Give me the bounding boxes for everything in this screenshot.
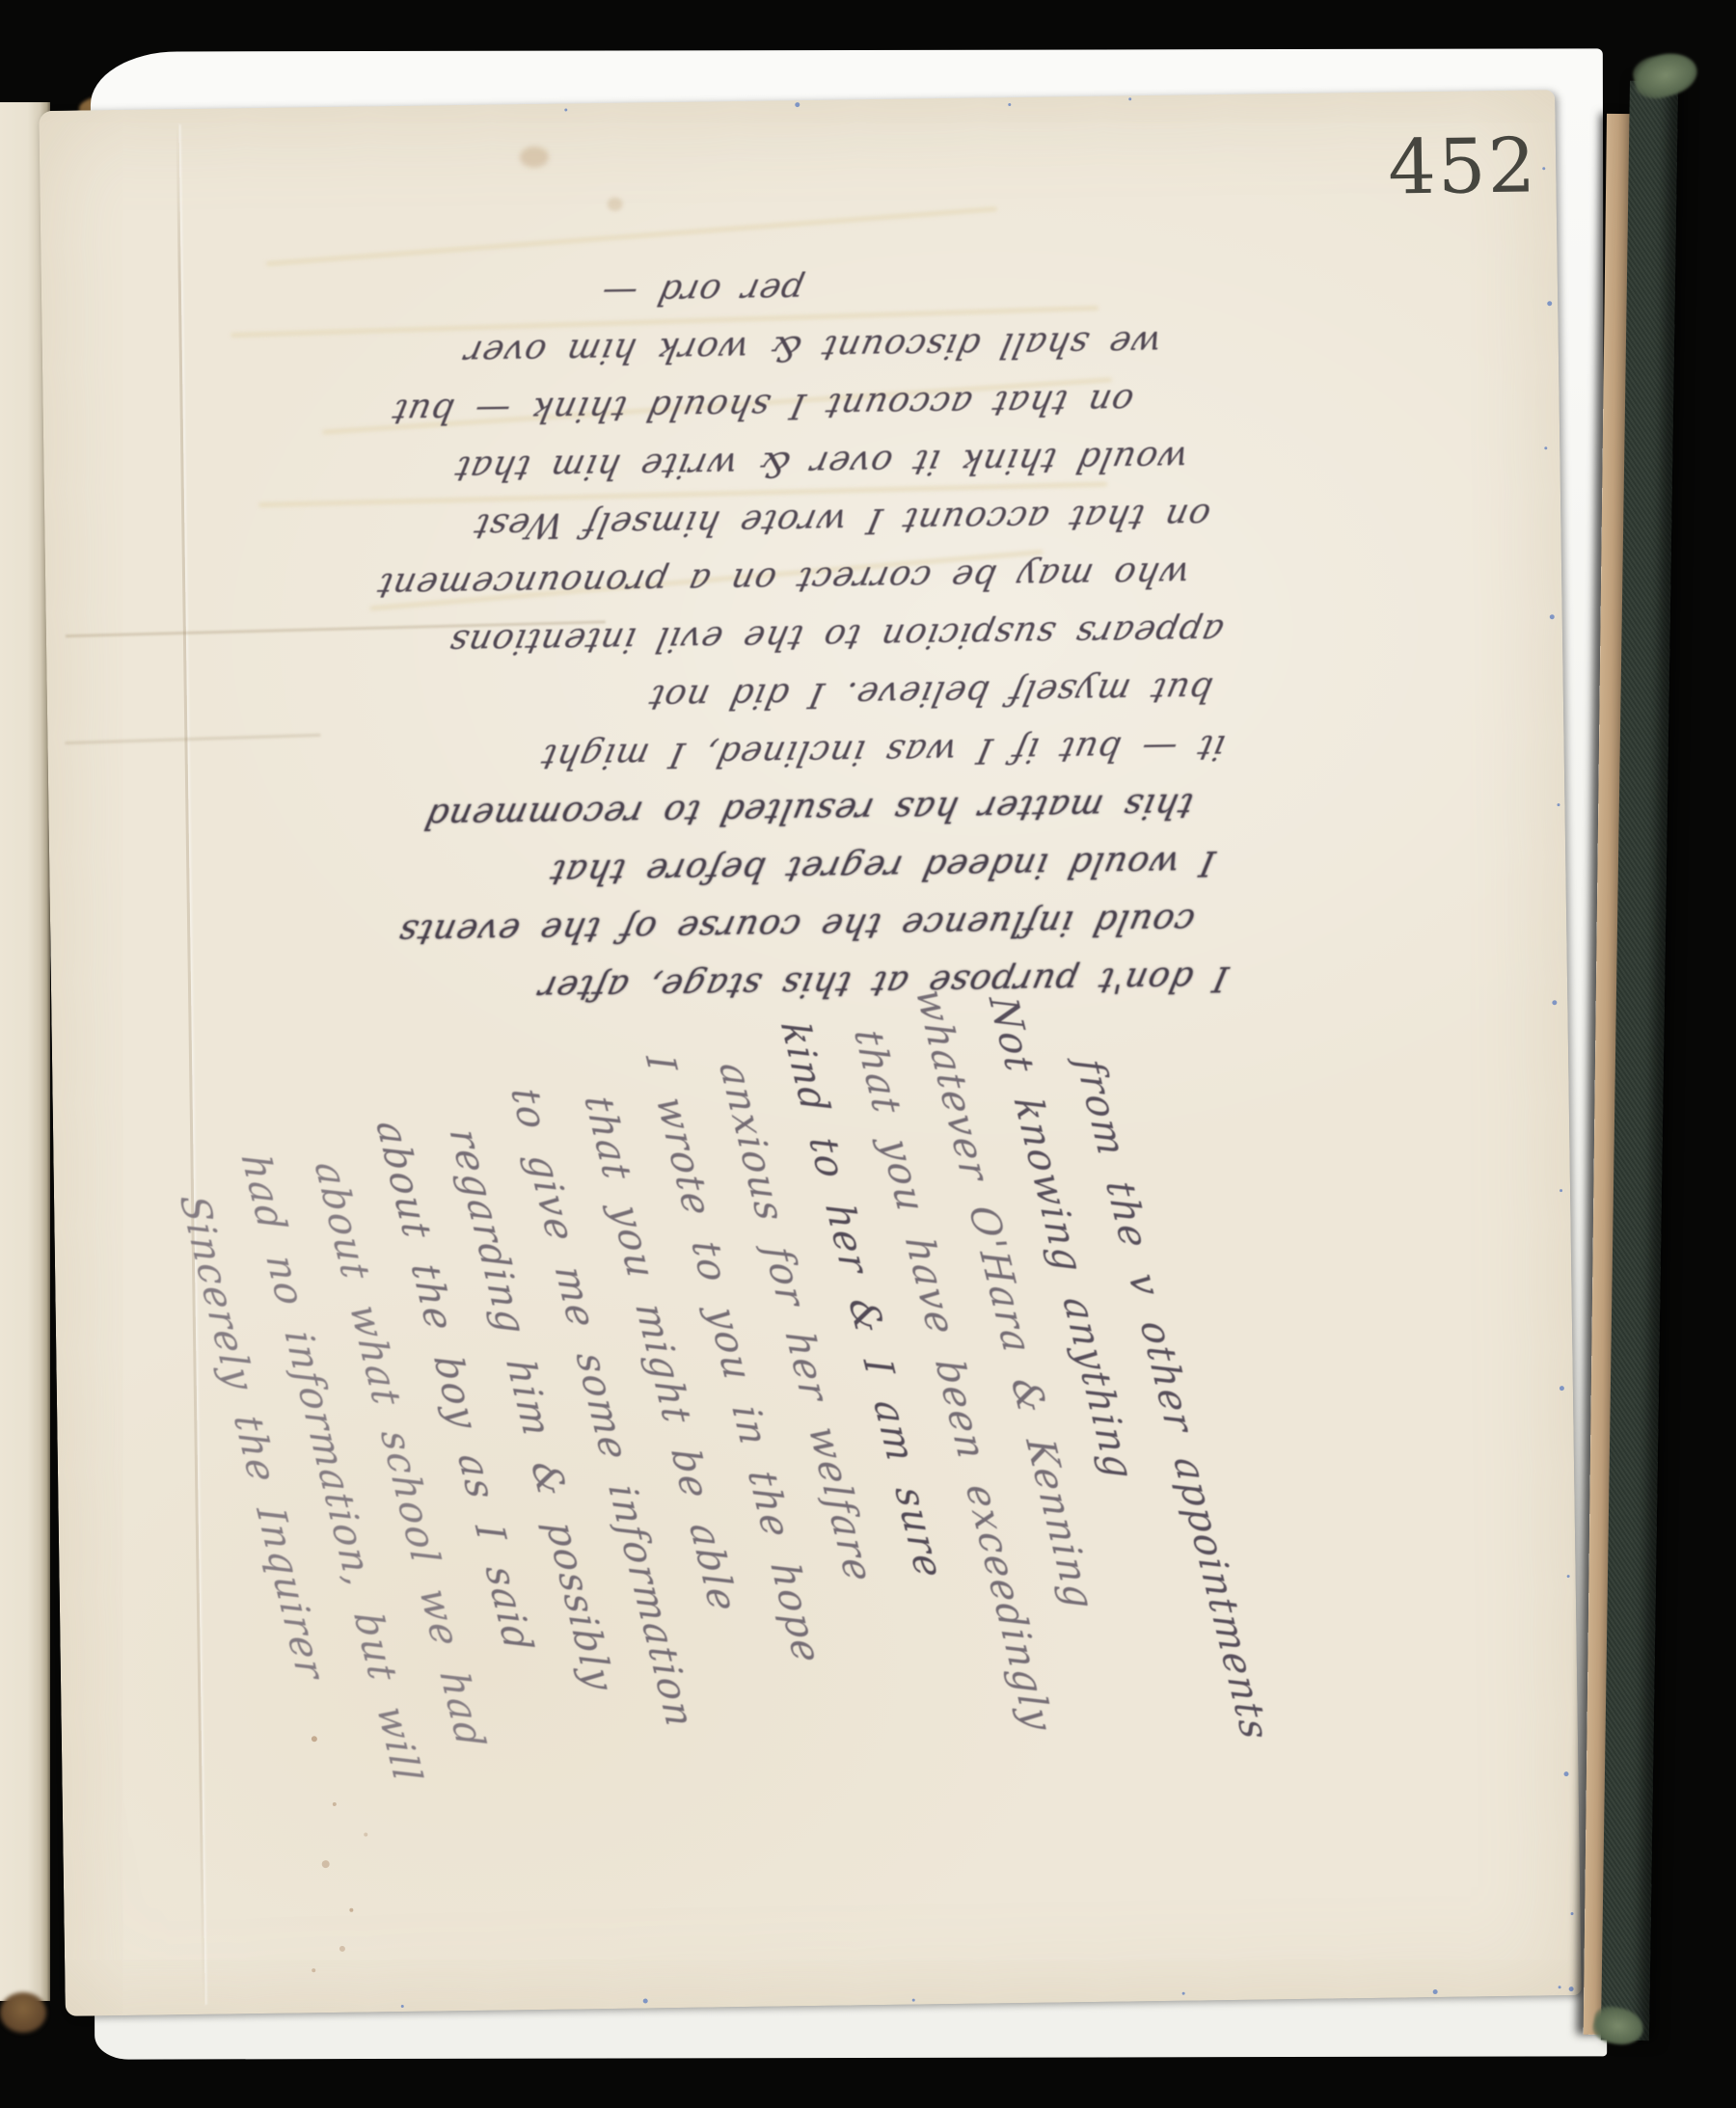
book-scan: 452 I don't purpose at this stage, after… — [0, 0, 1736, 2108]
edge-speckles-top — [386, 108, 389, 111]
mirrored-handwriting-block: I don't purpose at this stage, aftercoul… — [153, 255, 1229, 1021]
letter-page: 452 I don't purpose at this stage, after… — [39, 90, 1581, 2016]
binding-glue-patch-bottom — [0, 1992, 46, 2033]
page-number: 452 — [1388, 122, 1538, 211]
ghost-streak — [266, 207, 997, 266]
edge-speckles-bottom — [235, 2004, 238, 2007]
foxing-stain — [520, 147, 549, 168]
diagonal-handwriting-block: from the v other appointmentsNot knowing… — [152, 948, 1286, 1948]
handwriting-line: per ord — — [148, 260, 810, 328]
cover-fray-top — [1630, 47, 1702, 104]
edge-speckles-right — [1540, 128, 1543, 131]
